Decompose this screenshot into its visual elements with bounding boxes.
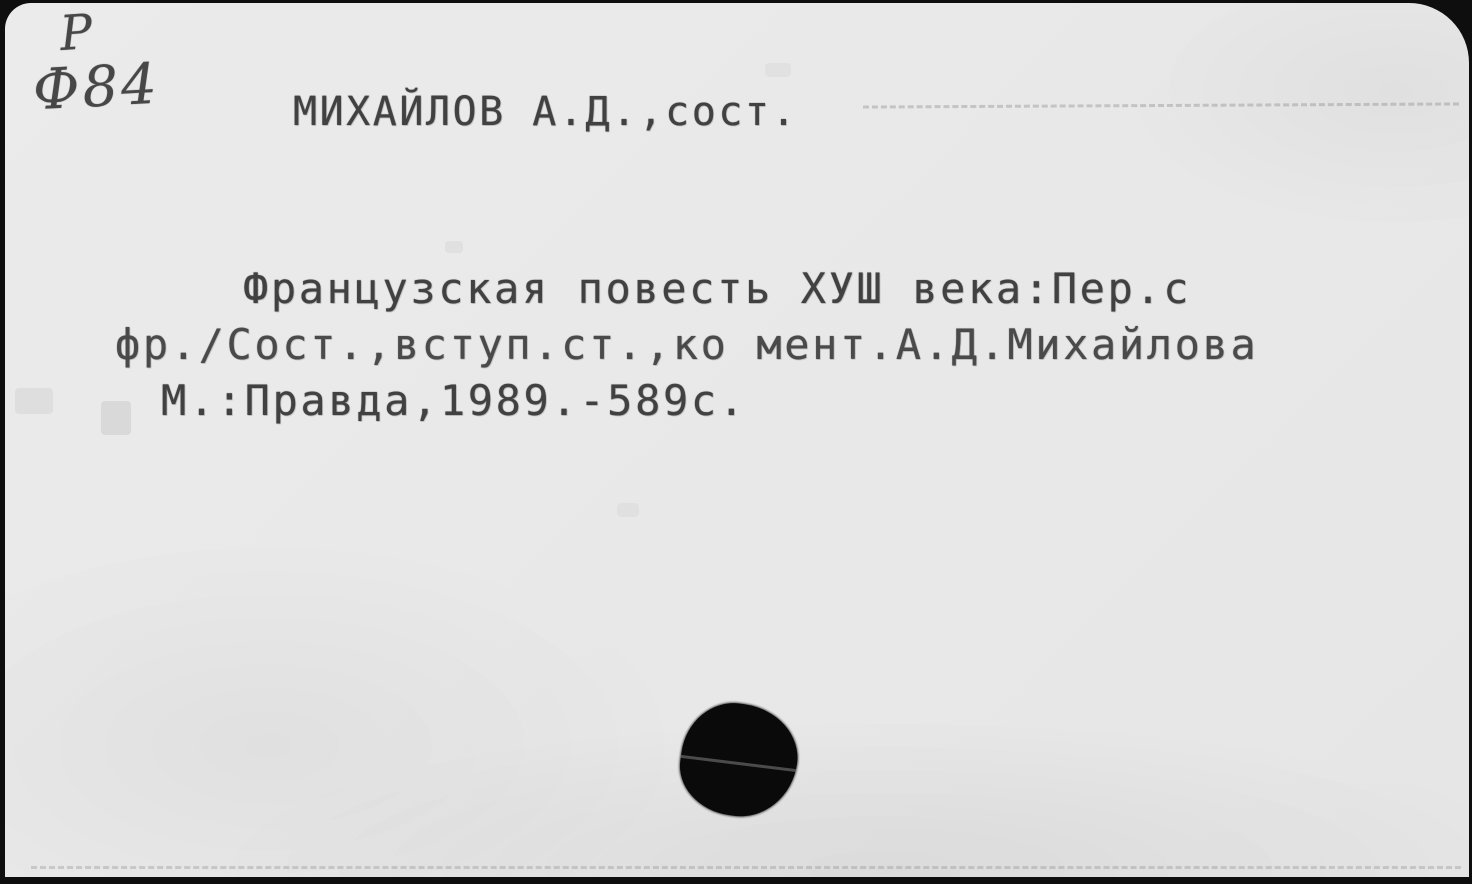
- scan-smudge: [445, 241, 463, 253]
- bibliographic-entry: Французская повесть ХУШ века:Пер.с фр./С…: [115, 261, 1258, 429]
- faint-dash-line-bottom: [31, 866, 1461, 869]
- scan-smudge: [101, 401, 131, 435]
- catalog-card: Р Ф84 МИХАЙЛОВ А.Д.,сост. Французская по…: [5, 3, 1469, 877]
- entry-line-2: фр./Сост.,вступ.ст.,ко мент.А.Д.Михайлов…: [115, 317, 1258, 373]
- call-number-bottom: Ф84: [31, 52, 161, 124]
- entry-line-3: М.:Правда,1989.-589с.: [161, 373, 1258, 429]
- scan-smudge: [765, 63, 791, 77]
- author-heading: МИХАЙЛОВ А.Д.,сост.: [293, 89, 798, 135]
- call-number-top: Р: [58, 4, 94, 62]
- scan-smudge: [15, 388, 53, 414]
- scan-smudge: [617, 503, 639, 517]
- punch-hole-scratch: [677, 755, 800, 773]
- entry-line-1: Французская повесть ХУШ века:Пер.с: [243, 261, 1258, 317]
- faint-dash-line-heading: [863, 102, 1459, 108]
- punch-hole-icon: [674, 696, 804, 823]
- scanned-catalog-card: Р Ф84 МИХАЙЛОВ А.Д.,сост. Французская по…: [0, 0, 1472, 884]
